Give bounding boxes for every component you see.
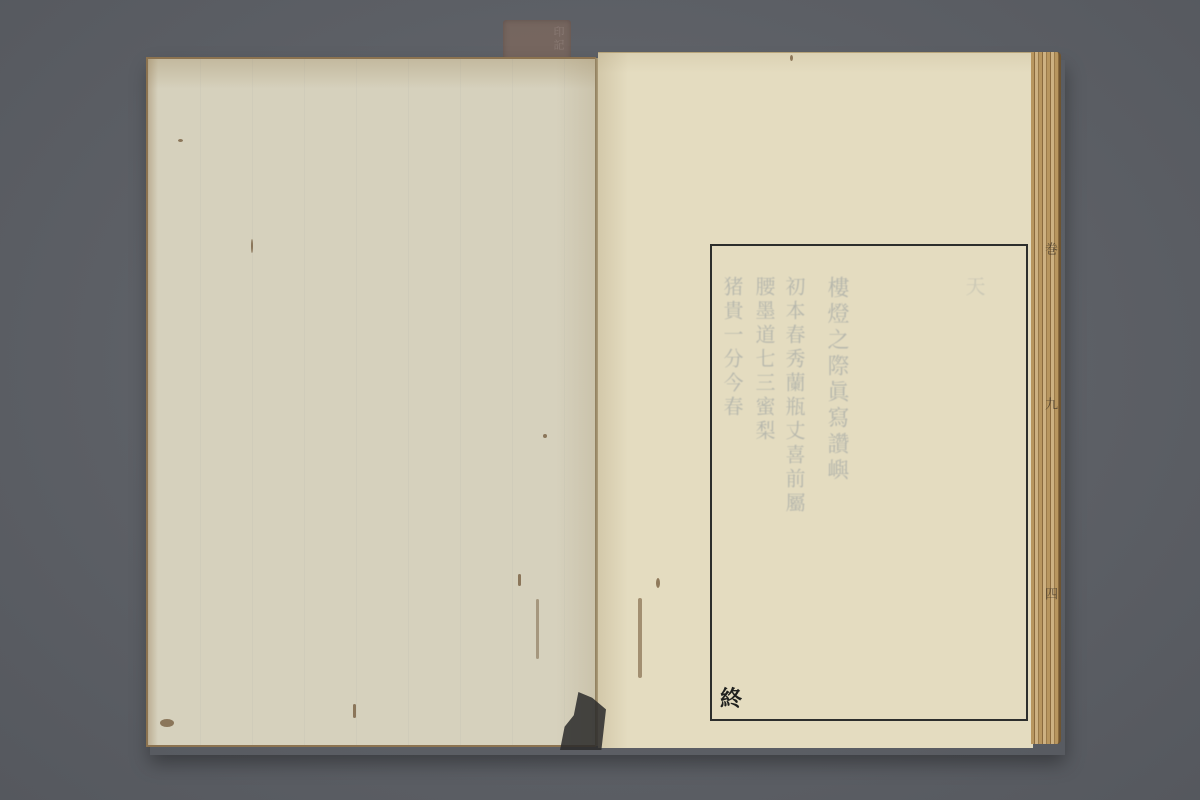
ink-spot bbox=[251, 239, 253, 253]
printed-frame: 樓燈之際眞寫讚嶼 初本春秀蘭瓶丈喜前屬 腰墨道七三蜜梨 猪貴一分今春 天 終 bbox=[710, 244, 1028, 721]
ink-spot bbox=[543, 434, 547, 438]
ink-spot bbox=[353, 704, 356, 718]
ink-spot bbox=[178, 139, 183, 142]
fore-edge: 巻 九 四 bbox=[1031, 52, 1061, 744]
ink-spot bbox=[790, 55, 793, 61]
bleed-through-column: 初本春秀蘭瓶丈喜前屬 bbox=[782, 276, 806, 696]
right-page: 樓燈之際眞寫讚嶼 初本春秀蘭瓶丈喜前屬 腰墨道七三蜜梨 猪貴一分今春 天 終 bbox=[598, 52, 1033, 748]
fore-edge-label: 九 bbox=[1035, 397, 1057, 410]
bleed-through-column: 樓燈之際眞寫讚嶼 bbox=[824, 276, 848, 646]
ink-spot bbox=[160, 719, 174, 727]
end-mark: 終 bbox=[720, 682, 742, 713]
ink-spot bbox=[518, 574, 521, 586]
scan-background: 印記 樓燈之際眞寫讚嶼 初本春秀蘭瓶丈喜前屬 腰墨道七三蜜梨 猪貴一分今春 天 … bbox=[0, 0, 1200, 800]
fore-edge-label: 四 bbox=[1035, 587, 1057, 600]
ink-spot bbox=[656, 578, 660, 588]
fore-edge-label: 巻 bbox=[1035, 242, 1057, 255]
bleed-through-column: 猪貴一分今春 bbox=[720, 276, 744, 576]
bleed-through-column: 天 bbox=[962, 276, 986, 336]
paper-texture bbox=[148, 59, 596, 745]
water-stain bbox=[638, 598, 642, 678]
water-stain bbox=[536, 599, 539, 659]
left-page bbox=[146, 57, 596, 747]
bleed-through-column: 腰墨道七三蜜梨 bbox=[752, 276, 776, 676]
